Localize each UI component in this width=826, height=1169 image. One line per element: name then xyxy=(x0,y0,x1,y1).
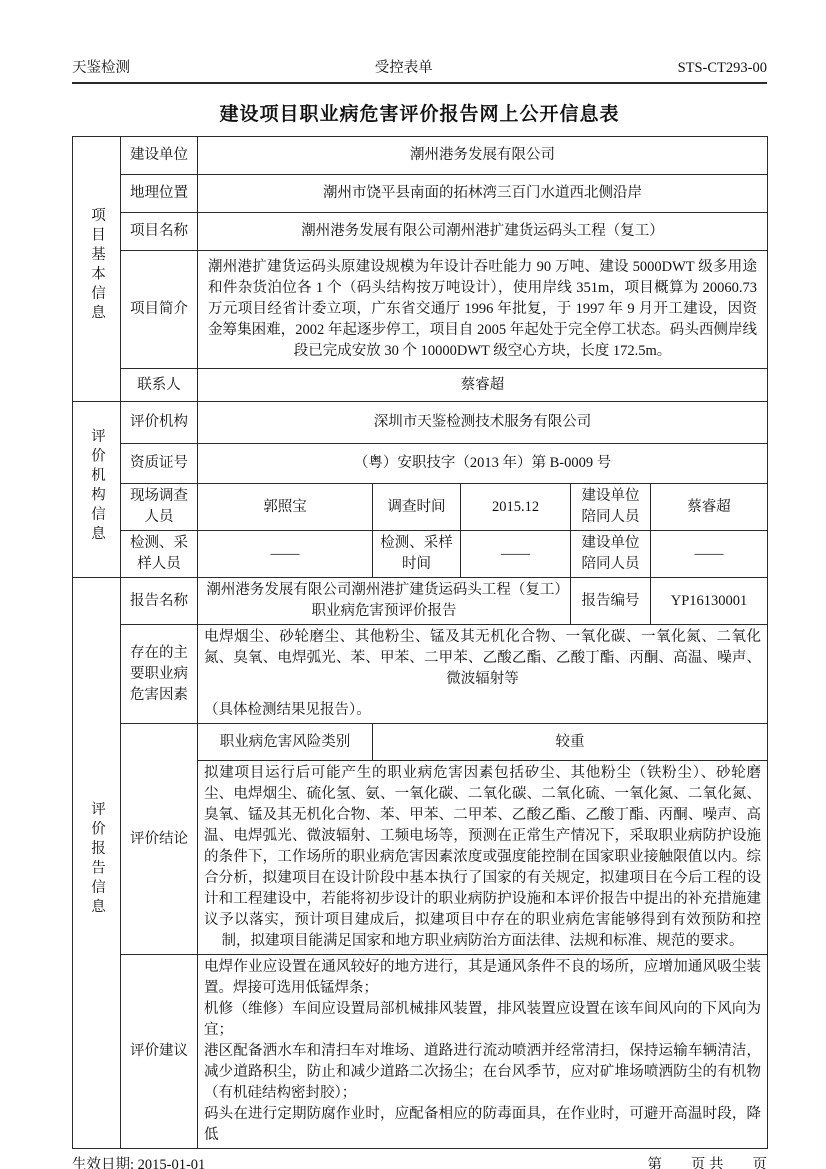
suggestion-label: 评价建议 xyxy=(121,955,198,1149)
document-page: 天鉴检测 受控表单 STS-CT293-00 建设项目职业病危害评价报告网上公开… xyxy=(0,0,826,1169)
suggestion-paragraph: 电焊作业应设置在通风较好的地方进行，其是通风条件不良的场所，应增加通风吸尘装置。… xyxy=(204,957,761,999)
table-row: 存在的主要职业病危害因素 电焊烟尘、砂轮磨尘、其他粉尘、锰及其无机化合物、一氧化… xyxy=(73,625,768,724)
survey-time-value: 2015.12 xyxy=(461,484,571,531)
qualification-label: 资质证号 xyxy=(121,444,198,484)
table-row: 评价建议 电焊作业应设置在通风较好的地方进行，其是通风条件不良的场所，应增加通风… xyxy=(73,955,768,1149)
running-footer: 生效日期: 2015-01-01 第 页 共 页 xyxy=(72,1153,767,1169)
page-number: 第 页 共 页 xyxy=(647,1153,767,1169)
eval-agency-value: 深圳市天鉴检测技术服务有限公司 xyxy=(198,402,768,444)
sampling-escort-value: —— xyxy=(651,531,768,578)
construction-unit-value: 潮州港务发展有限公司 xyxy=(198,137,768,175)
hazards-value: 电焊烟尘、砂轮磨尘、其他粉尘、锰及其无机化合物、一氧化碳、一氧化氮、二氧化氮、臭… xyxy=(198,625,768,724)
sampling-time-value: —— xyxy=(461,531,571,578)
hazards-text: 电焊烟尘、砂轮磨尘、其他粉尘、锰及其无机化合物、一氧化碳、一氧化氮、二氧化氮、臭… xyxy=(204,627,761,690)
project-intro-value: 潮州港扩建货运码头原建设规模为年设计吞吐能力 90 万吨、建设 5000DWT … xyxy=(198,251,768,369)
table-row: 检测、采样人员 —— 检测、采样时间 —— 建设单位陪同人员 —— xyxy=(73,531,768,578)
conclusion-text: 拟建项目运行后可能产生的职业病危害因素包括矽尘、其他粉尘（铁粉尘）、砂轮磨尘、电… xyxy=(204,763,761,952)
project-intro-label: 项目简介 xyxy=(121,251,198,369)
conclusion-value: 拟建项目运行后可能产生的职业病危害因素包括矽尘、其他粉尘（铁粉尘）、砂轮磨尘、电… xyxy=(198,761,768,955)
header-company: 天鉴检测 xyxy=(72,56,130,77)
table-row: 地理位置 潮州市饶平县南面的拓林湾三百门水道西北侧沿岸 xyxy=(73,175,768,213)
survey-escort-value: 蔡睿超 xyxy=(651,484,768,531)
section-eval-report-info: 评价报告信息 xyxy=(73,578,121,1149)
report-no-value: YP16130001 xyxy=(651,578,768,625)
survey-time-label: 调查时间 xyxy=(373,484,461,531)
contact-label: 联系人 xyxy=(121,369,198,402)
section-eval-agency-info: 评价机构信息 xyxy=(73,402,121,578)
table-row: 评价结论 职业病危害风险类别 较重 xyxy=(73,724,768,761)
suggestion-value: 电焊作业应设置在通风较好的地方进行，其是通风条件不良的场所，应增加通风吸尘装置。… xyxy=(198,955,768,1149)
table-row: 项目基本信息 建设单位 潮州港务发展有限公司 xyxy=(73,137,768,175)
effective-date: 生效日期: 2015-01-01 xyxy=(72,1153,205,1169)
sampling-person: —— xyxy=(198,531,373,578)
risk-category-value: 较重 xyxy=(373,724,768,761)
table-row: 评价机构信息 评价机构 深圳市天鉴检测技术服务有限公司 xyxy=(73,402,768,444)
survey-escort-label: 建设单位陪同人员 xyxy=(571,484,651,531)
table-row: 项目名称 潮州港务发展有限公司潮州港扩建货运码头工程（复工） xyxy=(73,213,768,251)
location-label: 地理位置 xyxy=(121,175,198,213)
header-doc-code: STS-CT293-00 xyxy=(678,60,767,77)
report-name-label: 报告名称 xyxy=(121,578,198,625)
site-survey-person: 郭照宝 xyxy=(198,484,373,531)
report-no-label: 报告编号 xyxy=(571,578,651,625)
hazards-note: （具体检测结果见报告）。 xyxy=(204,700,761,721)
site-survey-label: 现场调查人员 xyxy=(121,484,198,531)
suggestion-paragraph: 机修（维修）车间应设置局部机械排风装置，排风装置应设置在该车间风向的下风向为宜； xyxy=(204,999,761,1041)
section-label: 项目基本信息 xyxy=(86,207,107,324)
project-name-value: 潮州港务发展有限公司潮州港扩建货运码头工程（复工） xyxy=(198,213,768,251)
eval-agency-label: 评价机构 xyxy=(121,402,198,444)
contact-value: 蔡睿超 xyxy=(198,369,768,402)
sampling-time-label: 检测、采样时间 xyxy=(373,531,461,578)
running-header: 天鉴检测 受控表单 STS-CT293-00 xyxy=(72,56,767,84)
qualification-value: （粤）安职技字（2013 年）第 B-0009 号 xyxy=(198,444,768,484)
hazards-label: 存在的主要职业病危害因素 xyxy=(121,625,198,724)
report-name-value: 潮州港务发展有限公司潮州港扩建货运码头工程（复工）职业病危害预评价报告 xyxy=(198,578,571,625)
construction-unit-label: 建设单位 xyxy=(121,137,198,175)
table-row: 联系人 蔡睿超 xyxy=(73,369,768,402)
table-row: 评价报告信息 报告名称 潮州港务发展有限公司潮州港扩建货运码头工程（复工）职业病… xyxy=(73,578,768,625)
suggestion-paragraph: 港区配备洒水车和清扫车对堆场、道路进行流动喷洒并经常清扫，保持运输车辆清洁，减少… xyxy=(204,1041,761,1104)
sampling-escort-label: 建设单位陪同人员 xyxy=(571,531,651,578)
table-row: 项目简介 潮州港扩建货运码头原建设规模为年设计吞吐能力 90 万吨、建设 500… xyxy=(73,251,768,369)
sampling-label: 检测、采样人员 xyxy=(121,531,198,578)
conclusion-label: 评价结论 xyxy=(121,724,198,955)
header-form-type: 受控表单 xyxy=(375,56,433,77)
suggestion-paragraph: 码头在进行定期防腐作业时，应配备相应的防毒面具，在作业时，可避开高温时段，降低 xyxy=(204,1104,761,1146)
project-intro-text: 潮州港扩建货运码头原建设规模为年设计吞吐能力 90 万吨、建设 5000DWT … xyxy=(208,257,757,362)
table-row: 资质证号 （粤）安职技字（2013 年）第 B-0009 号 xyxy=(73,444,768,484)
page-title: 建设项目职业病危害评价报告网上公开信息表 xyxy=(72,99,767,126)
section-project-basic-info: 项目基本信息 xyxy=(73,137,121,402)
risk-category-label: 职业病危害风险类别 xyxy=(198,724,373,761)
info-table: 项目基本信息 建设单位 潮州港务发展有限公司 地理位置 潮州市饶平县南面的拓林湾… xyxy=(72,136,768,1149)
section-label: 评价报告信息 xyxy=(86,801,107,918)
project-name-label: 项目名称 xyxy=(121,213,198,251)
table-row: 现场调查人员 郭照宝 调查时间 2015.12 建设单位陪同人员 蔡睿超 xyxy=(73,484,768,531)
section-label: 评价机构信息 xyxy=(86,428,107,545)
location-value: 潮州市饶平县南面的拓林湾三百门水道西北侧沿岸 xyxy=(198,175,768,213)
